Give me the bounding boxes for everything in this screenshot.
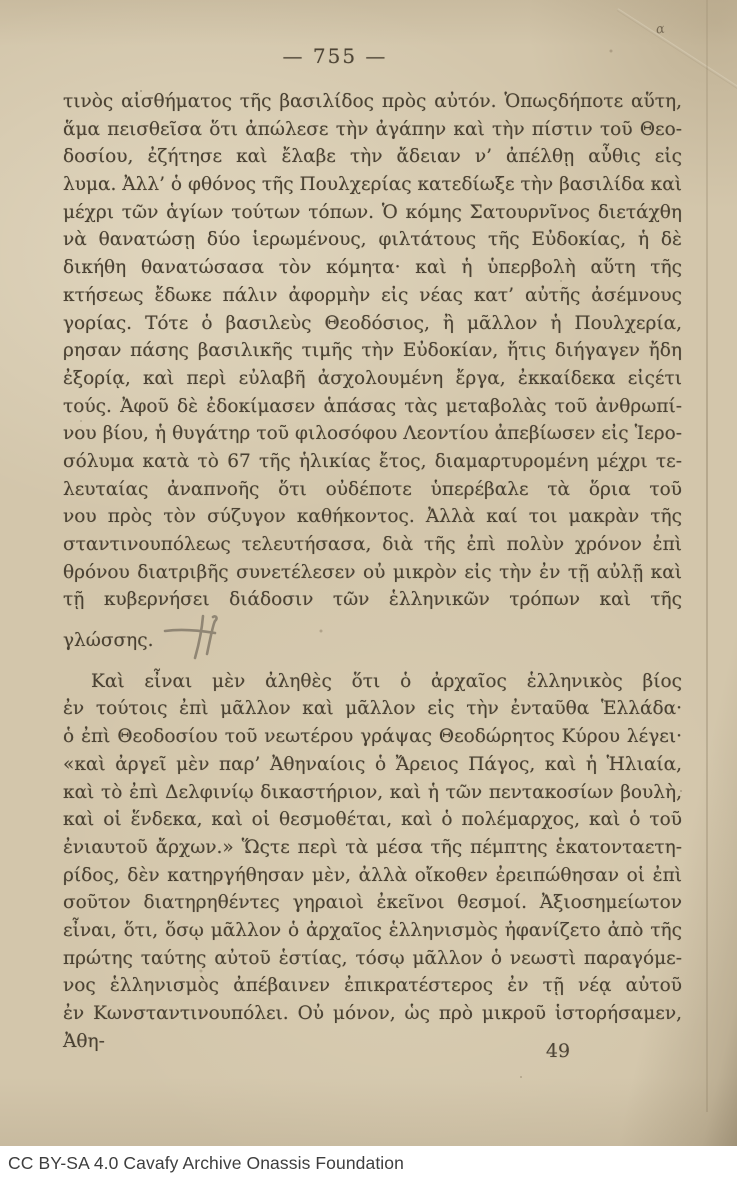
text-line: νου πρὸς τὸν σύζυγον καθήκοντος. Ἀλλὰ κα… — [63, 503, 682, 531]
text-line: «καὶ ἀργεῖ μὲν παρ’ Ἀθηναίοις ὁ Ἄρειος Π… — [63, 751, 682, 779]
page-number-header: — 755 — — [265, 44, 405, 68]
text-line: σοῦτον διατηρηθέντες γηραιοὶ ἐκεῖνοι θεσ… — [63, 889, 682, 917]
text-line: εἶναι, ὅτι, ὅσῳ μᾶλλον ὁ ἀρχαῖος ἑλληνισ… — [63, 917, 682, 945]
text-line: πρώτης ταύτης αὐτοῦ ἑστίας, τόσῳ μᾶλλον … — [63, 945, 682, 973]
text-line: ἅμα πεισθεῖσα ὅτι ἀπώλεσε τὴν ἀγάπην καὶ… — [63, 116, 682, 144]
license-bar: CC BY-SA 4.0 Cavafy Archive Onassis Foun… — [0, 1146, 737, 1180]
text-line: κτήσεως ἔδωκε πάλιν ἀφορμὴν εἰς νέας κατ… — [63, 282, 682, 310]
paragraph-2: Καὶ εἶναι μὲν ἀληθὲς ὅτι ὁ ἀρχαῖος ἑλλην… — [63, 668, 682, 1028]
text-line: ἐν τούτοις ἐπὶ μᾶλλον καὶ μᾶλλον εἰς τὴν… — [63, 695, 682, 723]
paragraph-1: τινὸς αἰσθήματος τῆς βασιλίδος πρὸς αὐτό… — [63, 88, 682, 642]
text-line: γορίας. Τότε ὁ βασιλεὺς Θεοδόσιος, ἢ μᾶλ… — [63, 310, 682, 338]
text-line: ἐν Κωνσταντινουπόλει. Οὐ μόνον, ὡς πρὸ μ… — [63, 1000, 682, 1028]
text-line: γλώσσης. — [63, 614, 682, 642]
text-line: ρησαν πάσης βασιλικῆς τιμῆς τὴν Εὐδοκίαν… — [63, 337, 682, 365]
text-line: ρίδος, δὲν κατηργήθησαν μὲν, ἀλλὰ οἴκοθε… — [63, 862, 682, 890]
text-line: ἐνιαυτοῦ ἄρχων.» Ὥςτε περὶ τὰ μέσα τῆς π… — [63, 834, 682, 862]
text-line: καὶ τὸ ἐπὶ Δελφινίῳ δικαστήριον, καὶ ἡ τ… — [63, 779, 682, 807]
text-line: νου βίου, ἡ θυγάτηρ τοῦ φιλοσόφου Λεοντί… — [63, 420, 682, 448]
text-line: τούς. Ἀφοῦ δὲ ἐδοκίμασεν ἁπάσας τὰς μετα… — [63, 393, 682, 421]
text-line: τινὸς αἰσθήματος τῆς βασιλίδος πρὸς αὐτό… — [63, 88, 682, 116]
text-line: νος ἑλληνισμὸς ἀπέβαινεν ἐπικρατέστερος … — [63, 972, 682, 1000]
text-line: μέχρι τῶν ἁγίων τούτων τόπων. Ὁ κόμης Σα… — [63, 199, 682, 227]
text-block: τινὸς αἰσθήματος τῆς βασιλίδος πρὸς αὐτό… — [63, 88, 682, 1028]
text-line: τῇ κυβερνήσει διάδοσιν τῶν ἑλληνικῶν τρό… — [63, 586, 682, 614]
scanned-book-page: α — 755 — τινὸς αἰσθήματος τῆς βασιλίδος… — [0, 0, 737, 1146]
text-line: λυμα. Ἀλλ’ ὁ φθόνος τῆς Πουλχερίας κατεδ… — [63, 171, 682, 199]
text-line: σταντινουπόλεως τελευτήσασα, διὰ τῆς ἐπὶ… — [63, 531, 682, 559]
text-line: δικήθη θανατώσασα τὸν κόμητα· καὶ ἡ ὑπερ… — [63, 254, 682, 282]
text-line: θρόνου διατριβῆς συνετέλεσεν οὐ μικρὸν ε… — [63, 559, 682, 587]
text-line: λευταίας ἀναπνοῆς ὅτι οὐδέποτε ὑπερέβαλε… — [63, 476, 682, 504]
corner-pencil-mark: α — [655, 21, 666, 37]
text-line: νὰ θανατώσῃ δύο ἱερωμένους, φιλτάτους τῆ… — [63, 226, 682, 254]
text-line: δοσίου, ἐζήτησε καὶ ἔλαβε τὴν ἄδειαν ν’ … — [63, 143, 682, 171]
license-text: CC BY-SA 4.0 Cavafy Archive Onassis Foun… — [8, 1153, 404, 1174]
text-line: ὁ ἐπὶ Θεοδοσίου τοῦ νεωτέρου γράψας Θεοδ… — [63, 723, 682, 751]
pencil-squiggle-icon — [163, 614, 227, 660]
text-line: ἐξορίᾳ, καὶ περὶ εὐλαβῆ ἀσχολουμένη ἔργα… — [63, 365, 682, 393]
text-line: σόλυμα κατὰ τὸ 67 τῆς ἡλικίας ἔτος, διαμ… — [63, 448, 682, 476]
page-edge-line — [706, 0, 708, 1112]
text-line: Καὶ εἶναι μὲν ἀληθὲς ὅτι ὁ ἀρχαῖος ἑλλην… — [63, 668, 682, 696]
signature-number: 49 — [528, 1040, 588, 1062]
text-line: καὶ οἱ ἕνδεκα, καὶ οἱ θεσμοθέται, καὶ ὁ … — [63, 806, 682, 834]
